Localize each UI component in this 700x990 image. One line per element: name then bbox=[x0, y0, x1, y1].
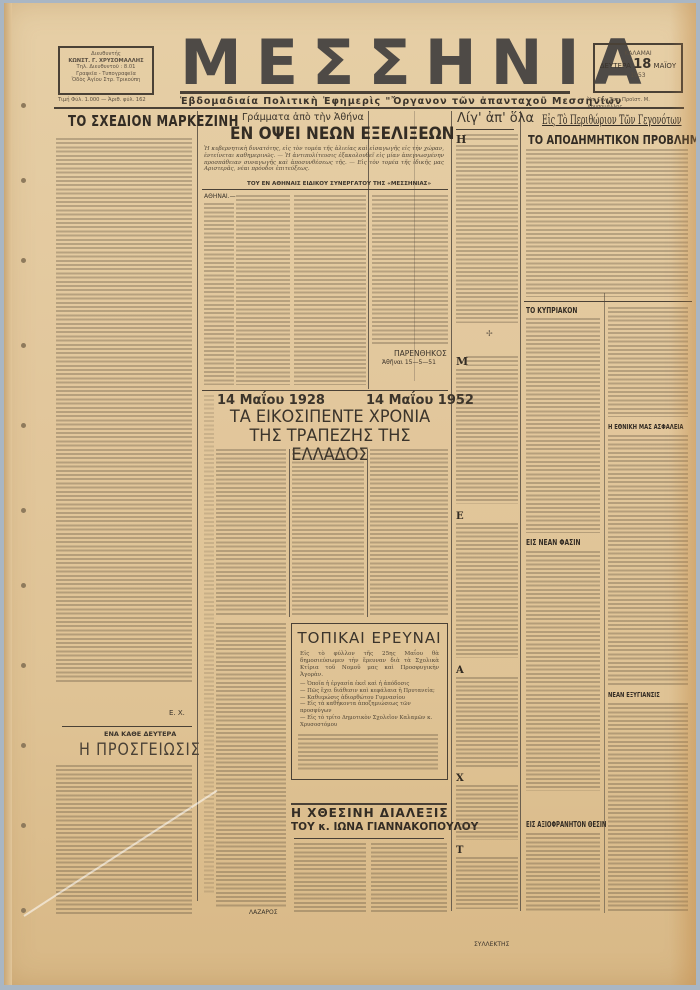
subhead-national-security: Η ΕΘΝΙΚΗ ΜΑΣ ΑΣΦΑΛΕΙΑ bbox=[608, 423, 683, 431]
lig-body bbox=[464, 134, 518, 142]
athens-body-col3 bbox=[372, 195, 448, 345]
binding-hole bbox=[21, 743, 26, 748]
column-divider bbox=[289, 449, 290, 617]
local-research-item: — Εἰς τὰ καθῆκοντα ἀποζημιώσεως τῶν προσ… bbox=[300, 701, 439, 715]
cleanup-body bbox=[608, 703, 688, 911]
subhead-new-cleanup: ΝΕΑΝ ΕΞΥΓΙΑΝΣΙΣ bbox=[608, 691, 660, 699]
section-rule bbox=[456, 129, 514, 130]
right-body bbox=[608, 307, 688, 417]
kicker-every-monday: ΕΝΑ ΚΑΘΕ ΔΕΥΤΕΡΑ bbox=[104, 730, 176, 738]
binding-hole bbox=[21, 258, 26, 263]
bank-body-continued bbox=[216, 623, 286, 908]
athens-body-col1 bbox=[236, 195, 290, 385]
binding-hole bbox=[21, 178, 26, 183]
athens-body-col0 bbox=[204, 203, 234, 385]
signature-syllektis: ΣΥΛΛΕΚΤΗΣ bbox=[474, 941, 509, 948]
column-divider bbox=[197, 111, 198, 901]
article-body-landing bbox=[56, 765, 192, 915]
bank-date-1928: 14 Μαΐου 1928 bbox=[217, 393, 325, 408]
emigration-body bbox=[526, 149, 688, 297]
lig-body bbox=[456, 369, 518, 504]
section-rule bbox=[524, 301, 692, 302]
section-rule bbox=[291, 803, 447, 805]
athens-letter-date: Ἀθῆναι 15—5—51 bbox=[382, 359, 436, 366]
athens-dateline: ΑΘΗΝΑΙ.— bbox=[204, 193, 236, 200]
new-phase-body bbox=[526, 551, 600, 791]
local-research-item: — Εἰς τὸ τρίτο Δημοτικὸν Σχολεῖον Καλαμῶ… bbox=[300, 715, 439, 729]
cyprus-body bbox=[526, 318, 600, 533]
column-divider bbox=[451, 111, 452, 911]
month: ΜΑΪΟΥ bbox=[654, 62, 677, 70]
masthead-rule bbox=[180, 91, 570, 94]
kicker-letters-from-athens: Γράμματα ἀπὸ τὴν Ἀθήνα bbox=[242, 112, 364, 123]
year: 1953 bbox=[595, 73, 681, 80]
binding-hole bbox=[21, 103, 26, 108]
athens-lead-summary: Ἡ κυβερνητικὴ δυνατότης, εἰς τὸν τομέα τ… bbox=[204, 146, 444, 173]
left-margin-text bbox=[204, 395, 214, 895]
lig-body bbox=[456, 677, 518, 767]
lecture-body-col1 bbox=[294, 843, 366, 913]
masthead-tagline: Ἑβδομαδιαία Πολιτικὴ Ἐφημερὶς "Ὄργανον τ… bbox=[180, 96, 580, 107]
masthead-title: ΜΕΣΣΗΝΙΑ bbox=[180, 33, 568, 93]
lig-body bbox=[456, 857, 518, 909]
local-research-box: ΤΟΠΙΚΑΙ ΕΡΕΥΝΑΙ Εἰς τὸ φύλλον τῆς 25ης Μ… bbox=[291, 623, 448, 780]
drop-cap: Ε bbox=[456, 511, 464, 522]
lecture-body-col2 bbox=[371, 843, 447, 913]
local-research-item: — Ὁποῖα ἡ ἐργασία ἐκεῖ καὶ ἡ ἀπόδοσις bbox=[300, 681, 439, 688]
binding-hole bbox=[21, 908, 26, 913]
publisher-box: Διευθυντής ΚΩΝΣΤ. Γ. ΧΡΥΣΟΜΑΛΛΗΣ Τηλ. Δι… bbox=[58, 46, 154, 95]
headline-landing: Η ΠΡΟΣΓΕΙΩΣΙΣ bbox=[79, 740, 201, 760]
local-research-item: — Πῶς ἔχει διάθεσιν καὶ κεφάλαια ἡ Πρυτα… bbox=[300, 688, 439, 695]
bank-body-col2 bbox=[292, 449, 364, 617]
binding-hole bbox=[21, 343, 26, 348]
headline-lecture-line2: ΤΟΥ κ. ΙΩΝΑ ΓΙΑΝΝΑΚΟΠΟΥΛΟΥ bbox=[291, 820, 447, 834]
binding-hole bbox=[21, 423, 26, 428]
binding-hole bbox=[21, 508, 26, 513]
local-research-lead: Εἰς τὸ φύλλον τῆς 25ης Μαΐου θὰ δημοσιεύ… bbox=[300, 651, 439, 679]
bank-body-col1 bbox=[216, 449, 286, 617]
local-research-body bbox=[298, 734, 438, 772]
headline-new-developments: ΕΝ ΟΨΕΙ ΝΕΩΝ ΕΞΕΛΙΞΕΩΝ bbox=[230, 124, 454, 144]
section-rule bbox=[62, 726, 192, 727]
section-rule bbox=[294, 838, 444, 839]
signature-parenthikos: ΠΑΡΕΝΘΗΚΟΣ bbox=[394, 349, 447, 358]
binding-hole bbox=[21, 663, 26, 668]
drop-cap: Τ bbox=[456, 845, 463, 856]
drop-cap: Α bbox=[456, 665, 464, 676]
headline-25-years-line1: ΤΑ ΕΙΚΟΣΙΠΕΝΤΕ ΧΡΟΝΙΑ bbox=[222, 408, 439, 427]
subhead-cyprus: ΤΟ ΚΥΠΡΙΑΚΟΝ bbox=[526, 306, 577, 315]
page-fold-edge bbox=[4, 3, 12, 985]
section-rule bbox=[202, 390, 448, 391]
lig-body bbox=[456, 523, 518, 658]
headline-lecture-line1: Η ΧΘΕΣΙΝΗ ΔΙΑΛΕΞΙΣ bbox=[291, 806, 447, 820]
bank-body-col3 bbox=[370, 449, 448, 617]
column-divider bbox=[520, 111, 521, 911]
section-banner-margins-of-events: Εἰς Τὸ Περιθώριον Τῶν Γεγονότων bbox=[542, 113, 682, 128]
signature-ex: Ε. Χ. bbox=[169, 709, 185, 717]
headline-markezini-plan: ΤΟ ΣΧΕΔΙΟΝ ΜΑΡΚΕΖΙΝΗ bbox=[68, 112, 239, 130]
binding-hole bbox=[21, 823, 26, 828]
section-ornament: ✢ bbox=[486, 329, 493, 338]
lig-body bbox=[456, 145, 518, 323]
issue-price: Τιμή Φύλ. 1.000 — Ἀριθ. φύλ. 162 bbox=[58, 97, 154, 104]
column-divider bbox=[367, 449, 368, 617]
athens-body-col2 bbox=[294, 195, 366, 385]
lig-body bbox=[466, 356, 518, 366]
signature-lazaros: ΛΑΖΑΡΟΣ bbox=[249, 909, 278, 916]
weekday: ΔΕΥΤΕΡΑ bbox=[600, 62, 631, 70]
headline-local-research: ΤΟΠΙΚΑΙ ΕΡΕΥΝΑΙ bbox=[292, 629, 447, 647]
security-body bbox=[608, 435, 688, 685]
publisher-address: Ὁδὸς Ἀγίου Στρ. Τρικούπη bbox=[60, 77, 152, 84]
binding-hole bbox=[21, 583, 26, 588]
subhead-remarkable-position: ΕΙΣ ΑΞΙΟΦΡΑΝΗΤΟΝ ΘΕΣΙΝ bbox=[526, 820, 606, 829]
athens-byline: ΤΟΥ ΕΝ ΑΘΗΝΑΙΣ ΕΙΔΙΚΟΥ ΣΥΝΕΡΓΑΤΟΥ ΤΗΣ «Μ… bbox=[247, 181, 431, 187]
subhead-new-phase: ΕΙΣ ΝΕΑΝ ΦΑΣΙΝ bbox=[526, 538, 580, 547]
section-rule bbox=[202, 189, 448, 190]
remarkable-body bbox=[526, 833, 600, 911]
date-box: ΚΑΛΑΜΑΙ ΔΕΥΤΕΡΑ 18 ΜΑΪΟΥ 1953 bbox=[593, 43, 683, 93]
article-body-markezini bbox=[56, 138, 192, 683]
lig-body bbox=[456, 785, 518, 840]
day-number: 18 bbox=[633, 57, 651, 72]
header-rule bbox=[54, 107, 684, 109]
newspaper-page: Διευθυντής ΚΩΝΣΤ. Γ. ΧΡΥΣΟΜΑΛΛΗΣ Τηλ. Δι… bbox=[4, 3, 696, 985]
drop-cap: Χ bbox=[456, 773, 464, 784]
headline-emigration-problem: ΤΟ ΑΠΟΔΗΜΗΤΙΚΟΝ ΠΡΟΒΛΗΜΑ bbox=[528, 133, 696, 147]
headline-a-little-of-everything: Λίγ' ἀπ' ὅλα bbox=[457, 111, 534, 126]
